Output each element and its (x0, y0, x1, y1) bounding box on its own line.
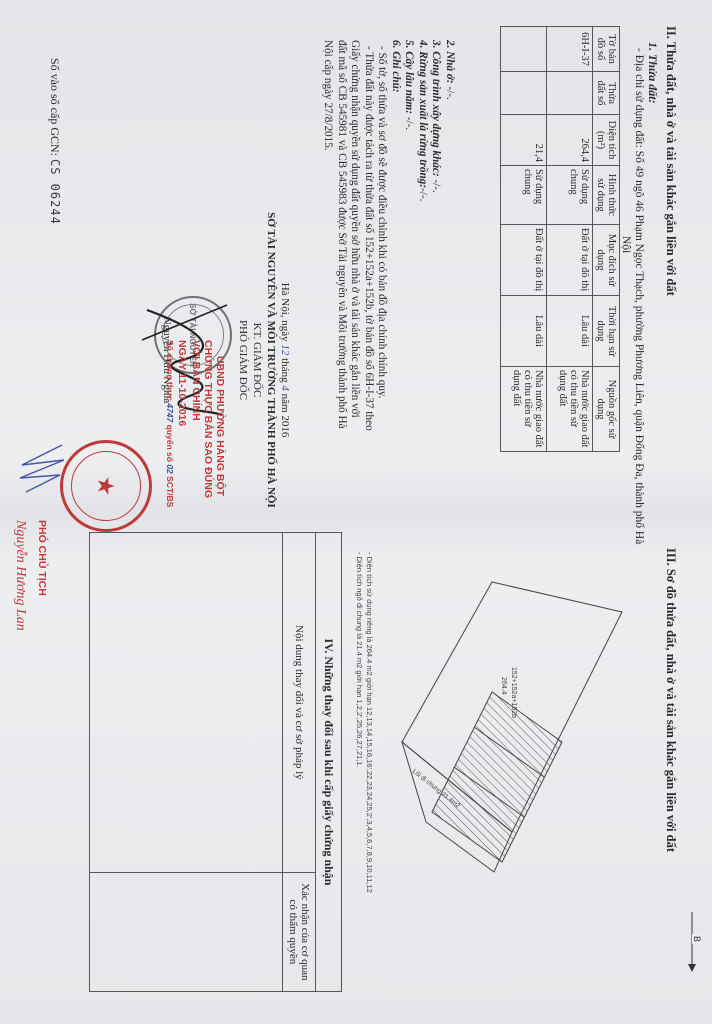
item-forest: 4. Rừng sản xuất là rừng trồng:-/-. (416, 40, 430, 431)
address-line: - Địa chỉ sử dụng đất: Số 49 ngõ 46 Phạm… (633, 48, 645, 544)
register-number: Số vào sổ cấp GCN: CS 06244 (47, 58, 62, 225)
cell (501, 27, 547, 72)
certificate-page: II. Thửa đất, nhà ở và tài sản khác gắn … (0, 0, 712, 1024)
blue-signature-icon (12, 440, 72, 500)
col-header: Diện tích (m²) (593, 115, 620, 166)
item-notes-heading: 6. Ghi chú: (389, 40, 403, 431)
section-4-title: IV. Những thay đổi sau khi cấp giấy chứn… (316, 533, 342, 992)
certification-block: UBND PHƯỜNG HÀNG BỘT CHỨNG THỰC BẢN SAO … (164, 340, 226, 512)
address-line-cont: Nội (620, 236, 632, 253)
cell: 6H-I-37 (547, 27, 593, 72)
parcel-diagram: 152+152a+152b 264.4 Lối đi chung 21.4m2 (392, 572, 662, 1012)
item-house: 2. Nhà ở: -/-. (443, 40, 457, 431)
section-2-title: II. Thửa đất, nhà ở và tài sản khác gắn … (663, 26, 678, 296)
land-parcel-heading: 1. Thửa đất: (645, 42, 660, 104)
col-header: Thửa đất số (593, 72, 620, 115)
item-other-works: 3. Công trình xây dựng khác: -/-. (429, 40, 443, 431)
cell: Nhà nước giao đất có thu tiền sử dụng đấ… (547, 367, 593, 452)
shared-area-note: - Diện tích ngõ đi chung là 21.4 m2 giới… (355, 552, 364, 768)
col-changes-header: Nội dung thay đổi và cơ sở pháp lý (283, 533, 316, 873)
place-date: Hà Nội, ngày 12 tháng 4 năm 2016 (278, 210, 292, 510)
col-header: Thời hạn sử dụng (593, 296, 620, 367)
role-1: KT. GIÁM ĐỐC (250, 210, 264, 510)
changes-body-cell (90, 533, 283, 873)
private-area-note: - Diện tích sử dụng riêng là 264.4 m2 gi… (365, 552, 374, 893)
north-arrow: B (684, 912, 698, 972)
right-half: III. Sơ đồ thửa đất, nhà ở và tài sản kh… (0, 512, 712, 1024)
confirm-body-cell (90, 872, 283, 991)
notes-block: 2. Nhà ở: -/-. 3. Công trình xây dựng kh… (321, 40, 456, 431)
changes-table: IV. Những thay đổi sau khi cấp giấy chứn… (89, 532, 342, 992)
col-header: Nguồn gốc sử dụng (593, 367, 620, 452)
item-perennial: 5. Cây lâu năm: -/-. (402, 40, 416, 431)
section-3-title: III. Sơ đồ thửa đất, nhà ở và tài sản kh… (663, 548, 678, 852)
cell (501, 72, 547, 115)
table-row: 6H-I-37 264,4 Sử dụng chung Đất ở tại đô… (547, 27, 593, 452)
vice-chair-signer: Nguyễn Hương Lan (12, 520, 28, 631)
note-line: đất mã số CB 545981 và CB 545983 được Sở… (335, 40, 349, 431)
note-line: - Số tờ, số thửa và sơ đồ sẽ được điều c… (375, 40, 389, 431)
cell: 21,4 (501, 115, 547, 166)
cell: Sử dụng chung (547, 166, 593, 225)
col-header: Hình thức sử dụng (593, 166, 620, 225)
note-line: Nội cấp ngày 27/8/2015. (321, 40, 335, 431)
parcel-table: Tờ bản đồ số Thửa đất số Diện tích (m²) … (500, 26, 620, 452)
col-header: Mục đích sử dụng (593, 225, 620, 296)
cell: Nhà nước giao đất có thu tiền sử dụng đấ… (501, 367, 547, 452)
col-confirm-header: Xác nhận của cơ quan có thẩm quyền (283, 872, 316, 991)
table-row: 21,4 Sử dụng chung Đất ở tại đô thị Lâu … (501, 27, 547, 452)
note-line: Giấy chứng nhận quyền sử dụng đất quyền … (348, 40, 362, 431)
cell: Đất ở tại đô thị (501, 225, 547, 296)
cell: Đất ở tại đô thị (547, 225, 593, 296)
svg-text:152+152a+152b: 152+152a+152b (510, 667, 517, 718)
vice-chair-role: PHÓ CHỦ TỊCH (36, 520, 48, 596)
cell: Lâu dài (547, 296, 593, 367)
col-header: Tờ bản đồ số (593, 27, 620, 72)
left-half: II. Thửa đất, nhà ở và tài sản khác gắn … (0, 0, 712, 512)
svg-text:264.4: 264.4 (500, 677, 507, 695)
agency-name: SỞ TÀI NGUYÊN VÀ MÔI TRƯỜNG THÀNH PHỐ HÀ… (264, 210, 278, 510)
cell: Sử dụng chung (501, 166, 547, 225)
cell: 264,4 (547, 115, 593, 166)
cell: Lâu dài (501, 296, 547, 367)
note-line: - Thửa đất này được tách ra từ thửa đất … (362, 40, 376, 431)
cell (547, 72, 593, 115)
